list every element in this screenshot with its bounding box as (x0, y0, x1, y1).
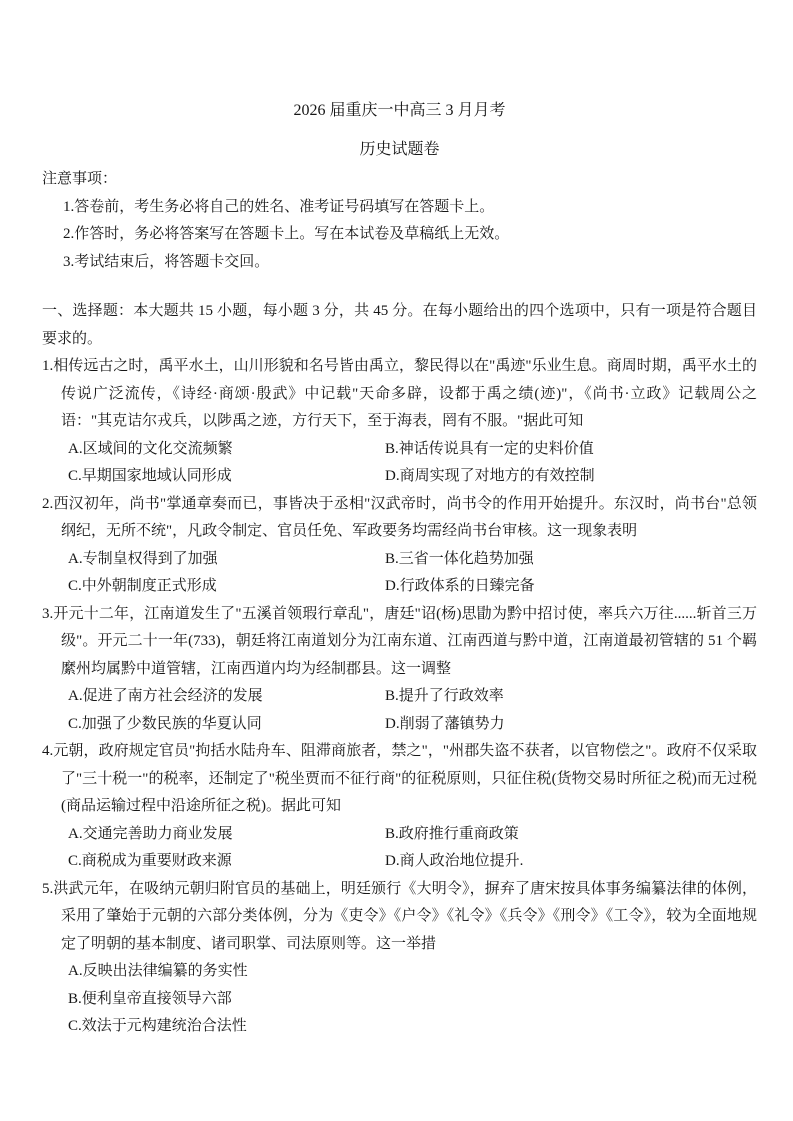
notice-item-2: 2.作答时，务必将答案写在答题卡上。写在本试卷及草稿纸上无效。 (63, 221, 757, 249)
question-1-option-b: B.神话传说具有一定的史料价值 (385, 436, 757, 464)
question-5-option-a: A.反映出法律编纂的务实性 (68, 958, 757, 986)
question-1-options: A.区域间的文化交流频繁 B.神话传说具有一定的史料价值 C.早期国家地域认同形… (68, 436, 757, 491)
question-2-options: A.专制皇权得到了加强 B.三省一体化趋势加强 C.中外朝制度正式形成 D.行政… (68, 546, 757, 601)
question-5-options: A.反映出法律编纂的务实性 B.便利皇帝直接领导六部 C.效法于元构建统治合法性 (68, 958, 757, 1041)
question-4: 4.元朝，政府规定官员"拘括水陆舟车、阻滞商旅者，禁之"，"州郡失盗不获者，以官… (42, 738, 757, 876)
exam-paper-page: 2026 届重庆一中高三 3 月月考 历史试题卷 注意事项： 1.答卷前，考生务… (0, 0, 793, 1121)
question-2-option-b: B.三省一体化趋势加强 (385, 546, 757, 574)
question-2-option-a: A.专制皇权得到了加强 (68, 546, 385, 574)
question-3-option-d: D.削弱了藩镇势力 (385, 711, 757, 739)
question-5-option-c: C.效法于元构建统治合法性 (68, 1013, 757, 1041)
question-3-stem: 3.开元十二年，江南道发生了"五溪首领瑕行章乱"，唐廷"诏(杨)思勖为黔中招讨使… (42, 601, 757, 684)
question-1-option-d: D.商周实现了对地方的有效控制 (385, 463, 757, 491)
question-1: 1.相传远古之时，禹平水土，山川形貌和名号皆由禹立，黎民得以在"禹迹"乐业生息。… (42, 353, 757, 491)
question-3-option-c: C.加强了少数民族的华夏认同 (68, 711, 385, 739)
question-2: 2.西汉初年，尚书"掌通章奏而已，事皆决于丞相"汉武帝时，尚书令的作用开始提升。… (42, 491, 757, 601)
question-3-option-b: B.提升了行政效率 (385, 683, 757, 711)
question-3-options: A.促进了南方社会经济的发展 B.提升了行政效率 C.加强了少数民族的华夏认同 … (68, 683, 757, 738)
question-5: 5.洪武元年，在吸纳元朝归附官员的基础上，明廷颁行《大明令》，摒弃了唐宋按具体事… (42, 876, 757, 1041)
question-1-option-c: C.早期国家地域认同形成 (68, 463, 385, 491)
question-1-option-a: A.区域间的文化交流频繁 (68, 436, 385, 464)
page-title: 2026 届重庆一中高三 3 月月考 (42, 97, 757, 125)
section-heading: 一、选择题：本大题共 15 小题，每小题 3 分，共 45 分。在每小题给出的四… (42, 298, 757, 353)
question-5-option-b: B.便利皇帝直接领导六部 (68, 986, 757, 1014)
question-2-option-d: D.行政体系的日臻完备 (385, 573, 757, 601)
question-4-option-b: B.政府推行重商政策 (385, 821, 757, 849)
question-4-stem: 4.元朝，政府规定官员"拘括水陆舟车、阻滞商旅者，禁之"，"州郡失盗不获者，以官… (42, 738, 757, 821)
question-1-stem: 1.相传远古之时，禹平水土，山川形貌和名号皆由禹立，黎民得以在"禹迹"乐业生息。… (42, 353, 757, 436)
notice-item-1: 1.答卷前，考生务必将自己的姓名、准考证号码填写在答题卡上。 (63, 194, 757, 222)
notice-heading: 注意事项： (42, 166, 757, 194)
notice-item-3: 3.考试结束后，将答题卡交回。 (63, 249, 757, 277)
question-2-option-c: C.中外朝制度正式形成 (68, 573, 385, 601)
question-3: 3.开元十二年，江南道发生了"五溪首领瑕行章乱"，唐廷"诏(杨)思勖为黔中招讨使… (42, 601, 757, 739)
question-2-stem: 2.西汉初年，尚书"掌通章奏而已，事皆决于丞相"汉武帝时，尚书令的作用开始提升。… (42, 491, 757, 546)
question-4-options: A.交通完善助力商业发展 B.政府推行重商政策 C.商税成为重要财政来源 D.商… (68, 821, 757, 876)
question-4-option-a: A.交通完善助力商业发展 (68, 821, 385, 849)
question-4-option-d: D.商人政治地位提升. (385, 848, 757, 876)
question-4-option-c: C.商税成为重要财政来源 (68, 848, 385, 876)
paper-subtitle: 历史试题卷 (42, 136, 757, 164)
question-3-option-a: A.促进了南方社会经济的发展 (68, 683, 385, 711)
question-5-stem: 5.洪武元年，在吸纳元朝归附官员的基础上，明廷颁行《大明令》，摒弃了唐宋按具体事… (42, 876, 757, 959)
